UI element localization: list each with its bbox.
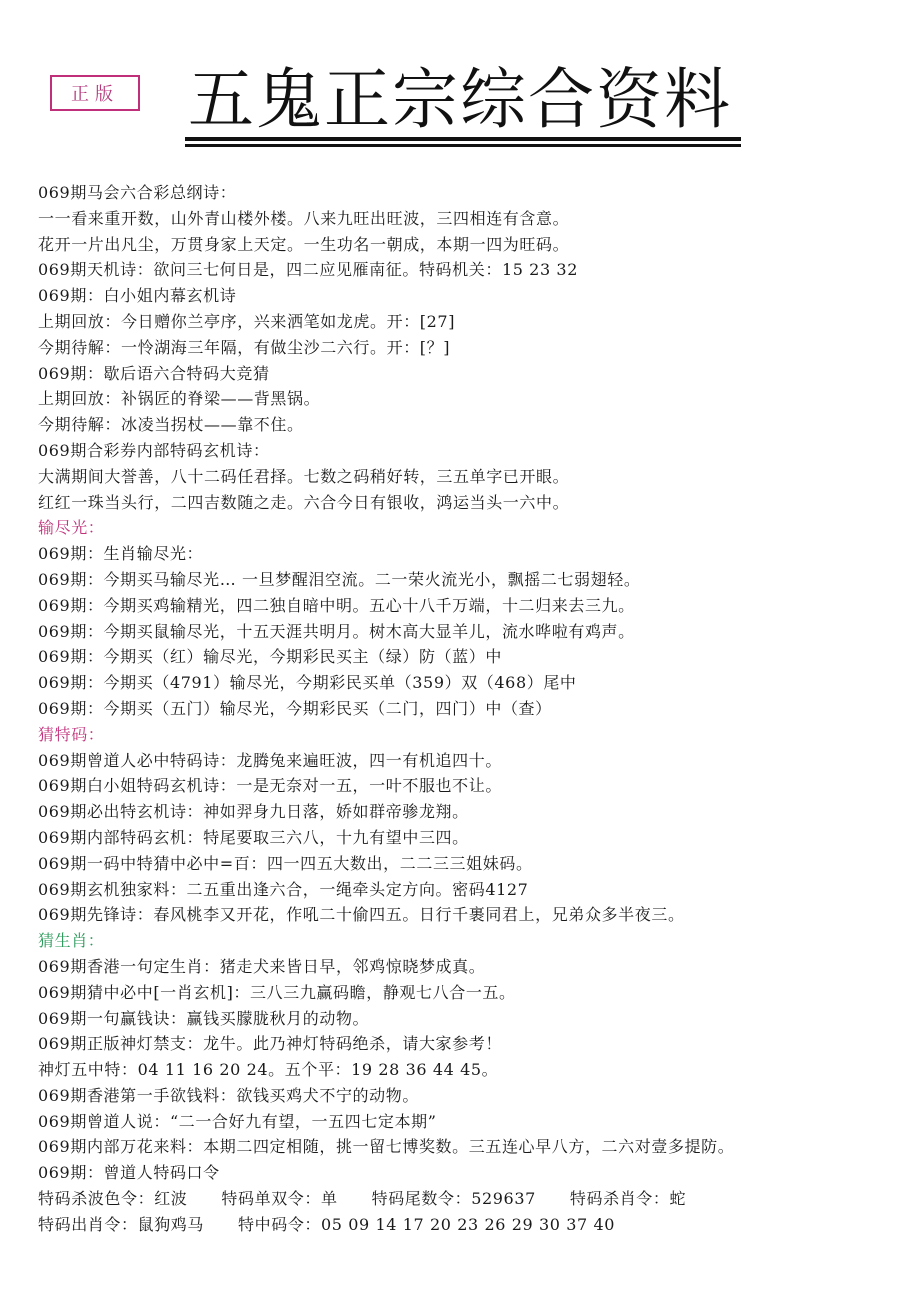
text-line: 069期正版神灯禁支：龙牛。此乃神灯特码绝杀，请大家参考！ <box>38 1031 888 1057</box>
text-line: 大满期间大誉善，八十二码任君择。七数之码稍好转，三五单字已开眼。 <box>38 464 888 490</box>
text-line: 069期必出特玄机诗：神如羿身九日落，娇如群帝骖龙翔。 <box>38 799 888 825</box>
order-item: 特码杀波色令：红波 <box>38 1186 187 1212</box>
text-line: 一一看来重开数，山外青山楼外楼。八来九旺出旺波，三四相连有含意。 <box>38 206 888 232</box>
text-line: 069期：今期买（五门）输尽光，今期彩民买（二门，四门）中（查） <box>38 696 888 722</box>
text-line: 069期内部万花来料：本期二四定相随，挑一留七博奖数。三五连心早八方，二六对壹多… <box>38 1134 888 1160</box>
text-line: 上期回放：今日赠你兰亭序，兴来洒笔如龙虎。开：[27] <box>38 309 888 335</box>
order-item: 特码杀肖令：蛇 <box>570 1186 686 1212</box>
text-line: 069期：今期买（4791）输尽光，今期彩民买单（359）双（468）尾中 <box>38 670 888 696</box>
section-heading: 输尽光： <box>38 515 888 541</box>
page-title: 五鬼正宗综合资料 <box>188 62 748 138</box>
text-line: 069期天机诗：欲问三七何日是，四二应见雁南征。特码机关：15 23 32 <box>38 257 888 283</box>
order-item: 特中码令：05 09 14 17 20 23 26 29 30 37 40 <box>238 1212 615 1238</box>
text-line: 069期：今期买鼠输尽光，十五天涯共明月。树木高大显羊儿，流水哗啦有鸡声。 <box>38 619 888 645</box>
order-item: 特码单双令：单 <box>221 1186 337 1212</box>
text-line: 069期一句赢钱诀：赢钱买朦胧秋月的动物。 <box>38 1006 888 1032</box>
text-line: 今期待解：一怜湖海三年隔，有做尘沙二六行。开：[？] <box>38 335 888 361</box>
title-underline-top <box>185 137 741 141</box>
text-line: 069期内部特码玄机：特尾要取三六八，十九有望中三四。 <box>38 825 888 851</box>
genuine-badge: 正版 <box>50 75 140 111</box>
text-line: 今期待解：冰凌当拐杖——靠不住。 <box>38 412 888 438</box>
text-line: 上期回放：补锅匠的脊梁——背黑锅。 <box>38 386 888 412</box>
text-line: 069期香港第一手欲钱料：欲钱买鸡犬不宁的动物。 <box>38 1083 888 1109</box>
text-line: 069期：今期买马输尽光… 一旦梦醒泪空流。二一荣火流光小，飘摇二七弱翅轻。 <box>38 567 888 593</box>
order-item: 特码尾数令：529637 <box>372 1186 536 1212</box>
title-underline-bottom <box>185 144 741 147</box>
text-line: 069期猜中必中[一肖玄机]：三八三九赢码瞻，静观七八合一五。 <box>38 980 888 1006</box>
text-line: 069期曾道人说：“二一合好九有望，一五四七定本期” <box>38 1109 888 1135</box>
text-line: 红红一珠当头行，二四吉数随之走。六合今日有银收，鸿运当头一六中。 <box>38 490 888 516</box>
text-line: 神灯五中特：04 11 16 20 24。五个平：19 28 36 44 45。 <box>38 1057 888 1083</box>
text-line: 069期玄机独家料：二五重出逢六合，一绳牵头定方向。密码4127 <box>38 877 888 903</box>
text-line: 069期：歇后语六合特码大竞猜 <box>38 361 888 387</box>
order-row: 特码出肖令：鼠狗鸡马特中码令：05 09 14 17 20 23 26 29 3… <box>38 1212 888 1238</box>
text-line: 069期：生肖输尽光： <box>38 541 888 567</box>
text-line: 069期：今期买（红）输尽光，今期彩民买主（绿）防（蓝）中 <box>38 644 888 670</box>
text-line: 069期白小姐特码玄机诗：一是无奈对一五，一叶不服也不让。 <box>38 773 888 799</box>
document-body: 069期马会六合彩总纲诗：一一看来重开数，山外青山楼外楼。八来九旺出旺波，三四相… <box>38 180 888 1238</box>
text-line: 069期：白小姐内幕玄机诗 <box>38 283 888 309</box>
text-line: 069期香港一句定生肖：猪走犬来皆日早，邻鸡惊晓梦成真。 <box>38 954 888 980</box>
order-row: 特码杀波色令：红波特码单双令：单特码尾数令：529637特码杀肖令：蛇 <box>38 1186 888 1212</box>
text-line: 069期马会六合彩总纲诗： <box>38 180 888 206</box>
text-line: 069期曾道人必中特码诗：龙腾兔来遍旺波，四一有机追四十。 <box>38 748 888 774</box>
text-line: 069期先锋诗：春风桃李又开花，作吼二十偷四五。日行千裹同君上，兄弟众多半夜三。 <box>38 902 888 928</box>
text-line: 069期：今期买鸡输精光，四二独自暗中明。五心十八千万端，十二归来去三九。 <box>38 593 888 619</box>
text-line: 花开一片出凡尘，万贯身家上天定。一生功名一朝成，本期一四为旺码。 <box>38 232 888 258</box>
text-line: 069期合彩券内部特码玄机诗： <box>38 438 888 464</box>
section-heading: 猜生肖： <box>38 928 888 954</box>
section-heading: 猜特码： <box>38 722 888 748</box>
text-line: 069期：曾道人特码口令 <box>38 1160 888 1186</box>
order-item: 特码出肖令：鼠狗鸡马 <box>38 1212 204 1238</box>
text-line: 069期一码中特猜中必中=百：四一四五大数出，二二三三姐妹码。 <box>38 851 888 877</box>
